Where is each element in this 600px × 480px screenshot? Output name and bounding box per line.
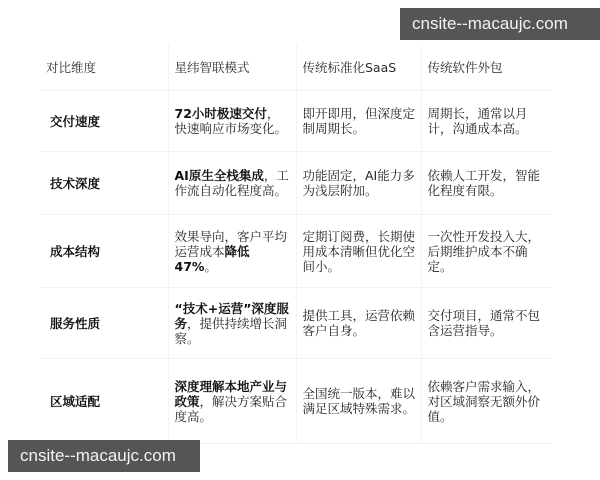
header-xingwei-model: 星纬智联模式: [168, 44, 296, 91]
row-dimension: 服务性质: [40, 288, 168, 359]
table-row: 交付速度 72小时极速交付，快速响应市场变化。 即开即用，但深度定制周期长。 周…: [40, 91, 552, 152]
cell-text-tail: 。: [204, 259, 217, 274]
header-dimension: 对比维度: [40, 44, 168, 91]
watermark-top: cnsite--macaujc.com: [400, 8, 600, 40]
outsourcing-cell: 依赖客户需求输入，对区域洞察无额外价值。: [421, 359, 552, 444]
xingwei-cell: AI原生全栈集成，工作流自动化程度高。: [168, 152, 296, 215]
xingwei-cell: “技术+运营”深度服务，提供持续增长洞察。: [168, 288, 296, 359]
saas-cell: 功能固定，AI能力多为浅层附加。: [296, 152, 421, 215]
outsourcing-cell: 交付项目，通常不包含运营指导。: [421, 288, 552, 359]
row-dimension: 成本结构: [40, 215, 168, 288]
row-dimension: 交付速度: [40, 91, 168, 152]
table-row: 技术深度 AI原生全栈集成，工作流自动化程度高。 功能固定，AI能力多为浅层附加…: [40, 152, 552, 215]
header-traditional-saas: 传统标准化SaaS: [296, 44, 421, 91]
table-header-row: 对比维度 星纬智联模式 传统标准化SaaS 传统软件外包: [40, 44, 552, 91]
table-row: 成本结构 效果导向，客户平均运营成本降低47%。 定期订阅费，长期使用成本清晰但…: [40, 215, 552, 288]
table-row: 服务性质 “技术+运营”深度服务，提供持续增长洞察。 提供工具，运营依赖客户自身…: [40, 288, 552, 359]
saas-cell: 即开即用，但深度定制周期长。: [296, 91, 421, 152]
row-dimension: 区域适配: [40, 359, 168, 444]
comparison-table: 对比维度 星纬智联模式 传统标准化SaaS 传统软件外包 交付速度 72小时极速…: [40, 44, 552, 444]
outsourcing-cell: 周期长，通常以月计，沟通成本高。: [421, 91, 552, 152]
saas-cell: 全国统一版本，难以满足区域特殊需求。: [296, 359, 421, 444]
saas-cell: 定期订阅费，长期使用成本清晰但优化空间小。: [296, 215, 421, 288]
outsourcing-cell: 一次性开发投入大，后期维护成本不确定。: [421, 215, 552, 288]
highlight-text: 72小时极速交付: [175, 106, 267, 121]
outsourcing-cell: 依赖人工开发，智能化程度有限。: [421, 152, 552, 215]
xingwei-cell: 效果导向，客户平均运营成本降低47%。: [168, 215, 296, 288]
saas-cell: 提供工具，运营依赖客户自身。: [296, 288, 421, 359]
cell-text: ，提供持续增长洞察。: [175, 316, 288, 346]
page: 对比维度 星纬智联模式 传统标准化SaaS 传统软件外包 交付速度 72小时极速…: [0, 0, 600, 480]
watermark-bottom: cnsite--macaujc.com: [8, 440, 200, 472]
xingwei-cell: 深度理解本地产业与政策，解决方案贴合度高。: [168, 359, 296, 444]
header-traditional-outsourcing: 传统软件外包: [421, 44, 552, 91]
highlight-text: AI原生全栈集成: [175, 168, 264, 183]
table-row: 区域适配 深度理解本地产业与政策，解决方案贴合度高。 全国统一版本，难以满足区域…: [40, 359, 552, 444]
row-dimension: 技术深度: [40, 152, 168, 215]
xingwei-cell: 72小时极速交付，快速响应市场变化。: [168, 91, 296, 152]
